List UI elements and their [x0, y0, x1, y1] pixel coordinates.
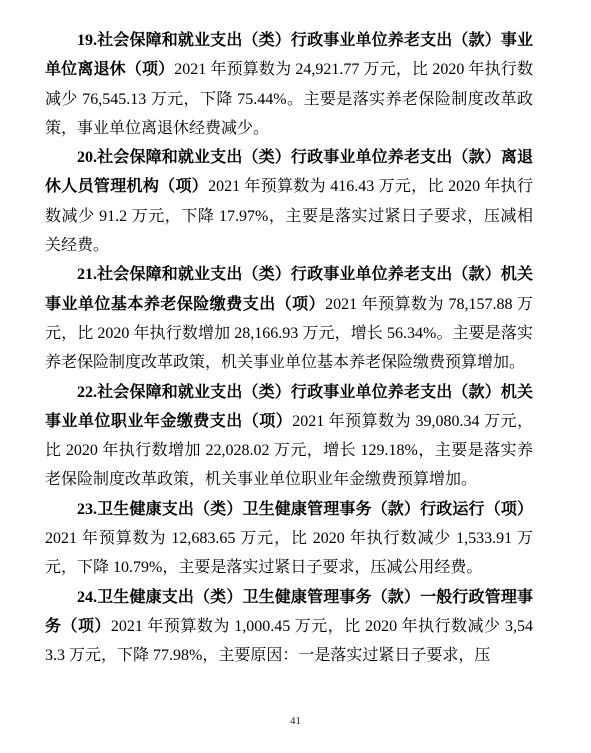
paragraph-item-23: 23.卫生健康支出（类）卫生健康管理事务（款）行政运行（项）2021 年预算数为… [45, 495, 533, 583]
paragraph-heading: 23.卫生健康支出（类）卫生健康管理事务（款）行政运行（项） [77, 501, 533, 518]
paragraph-item-21: 21.社会保障和就业支出（类）行政事业单位养老支出（款）机关事业单位基本养老保险… [45, 260, 533, 377]
document-page: 19.社会保障和就业支出（类）行政事业单位养老支出（款）事业单位离退休（项）20… [0, 0, 591, 753]
paragraph-body-text: 2021 年预算数为 1,000.45 万元，比 2020 年执行数减少 3,5… [45, 618, 533, 664]
paragraph-item-24: 24.卫生健康支出（类）卫生健康管理事务（款）一般行政管理事务（项）2021 年… [45, 583, 533, 671]
paragraph-body-text: 2021 年预算数为 12,683.65 万元，比 2020 年执行数减少 1,… [45, 530, 533, 576]
page-number: 41 [0, 715, 591, 727]
document-body: 19.社会保障和就业支出（类）行政事业单位养老支出（款）事业单位离退休（项）20… [45, 26, 533, 671]
paragraph-item-19: 19.社会保障和就业支出（类）行政事业单位养老支出（款）事业单位离退休（项）20… [45, 26, 533, 143]
paragraph-item-22: 22.社会保障和就业支出（类）行政事业单位养老支出（款）机关事业单位职业年金缴费… [45, 378, 533, 495]
paragraph-item-20: 20.社会保障和就业支出（类）行政事业单位养老支出（款）离退休人员管理机构（项）… [45, 143, 533, 260]
